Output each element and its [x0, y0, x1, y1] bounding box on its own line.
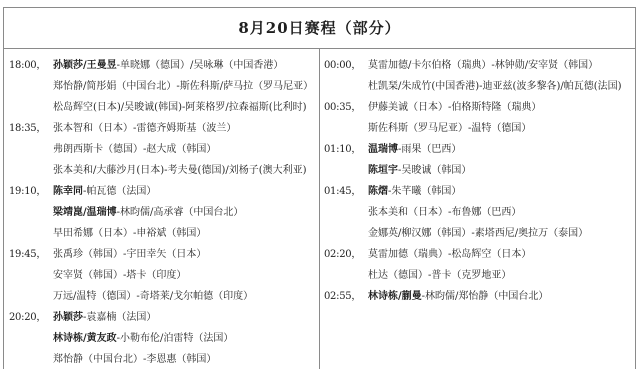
match-row: 18:35，张本智和（日本）-雷德齐姆斯基（波兰） — [9, 118, 319, 139]
match-row: 安宰贤（韩国）-塔卡（印度） — [9, 265, 319, 286]
match-row: 金娜英/柳汉娜（韩国）-素塔西尼/奥拉万（泰国） — [324, 223, 635, 244]
match-players: 莫雷加德（瑞典）-松岛辉空（日本） — [368, 249, 531, 260]
match-players: 安宰贤（韩国）-塔卡（印度） — [53, 270, 186, 281]
match-players: 松岛辉空(日本)/吴晙诚(韩国)-阿莱格罗/拉森福斯(比利时) — [53, 102, 307, 113]
match-players: -袁嘉楠（法国） — [83, 312, 156, 323]
match-players: -小勒布伦/泊雷特（法国） — [117, 333, 234, 344]
match-time: 02:20， — [324, 244, 368, 265]
match-time: 02:55， — [324, 286, 368, 307]
match-players: 张本美和/大藤沙月(日本)-考夫曼(德国)/刘杨子(澳大利亚) — [53, 165, 307, 176]
match-row: 杜达（德国）-普卡（克罗地亚） — [324, 265, 635, 286]
cn-player-name-bold: 陈垣宇 — [368, 165, 398, 176]
match-time: 18:00， — [9, 55, 53, 76]
match-row: 张本美和/大藤沙月(日本)-考夫曼(德国)/刘杨子(澳大利亚) — [9, 160, 319, 181]
match-row: 19:10，陈幸同-帕瓦德（法国） — [9, 181, 319, 202]
match-row: 02:20，莫雷加德（瑞典）-松岛辉空（日本） — [324, 244, 635, 265]
match-players: 万远/温特（德国）-奇塔莱/戈尔帕德（印度） — [53, 291, 253, 302]
match-time: 01:10， — [324, 139, 368, 160]
match-players: 郑怡静/简彤娟（中国台北）-斯佐科斯/萨马拉（罗马尼亚） — [53, 81, 313, 92]
match-players: 张本智和（日本）-雷德齐姆斯基（波兰） — [53, 123, 236, 134]
match-row: 00:00，莫雷加德/卡尔伯格（瑞典）-林钟勋/安宰贤（韩国） — [324, 55, 635, 76]
match-row: 00:35，伊藤美诚（日本）-伯格斯特隆（瑞典） — [324, 97, 635, 118]
schedule-column-left: 18:00，孙颖莎/王曼昱-单晓娜（德国）/吴咏琳（中国香港）郑怡静/简彤娟（中… — [4, 49, 319, 369]
cn-player-name-bold: 孙颖莎 — [53, 312, 83, 323]
match-time: 00:35， — [324, 97, 368, 118]
match-players: 杜凯琹/朱成竹(中国香港)-迪亚兹(波多黎各)/帕瓦德(法国) — [368, 81, 622, 92]
match-row: 杜凯琹/朱成竹(中国香港)-迪亚兹(波多黎各)/帕瓦德(法国) — [324, 76, 635, 97]
match-row: 19:45，张禹珍（韩国）-宇田幸矢（日本） — [9, 244, 319, 265]
match-row: 01:45，陈熠-朱芊曦（韩国） — [324, 181, 635, 202]
match-row: 郑怡静（中国台北）-李恩惠（韩国） — [9, 349, 319, 369]
match-row: 万远/温特（德国）-奇塔莱/戈尔帕德（印度） — [9, 286, 319, 307]
cn-player-name-bold: 陈幸同 — [53, 186, 83, 197]
match-players: -单晓娜（德国）/吴咏琳（中国香港） — [117, 60, 284, 71]
match-time: 20:20， — [9, 307, 53, 328]
schedule-column-right: 00:00，莫雷加德/卡尔伯格（瑞典）-林钟勋/安宰贤（韩国）杜凯琹/朱成竹(中… — [319, 49, 635, 369]
schedule-title: 8月20日赛程（部分） — [4, 8, 635, 49]
match-players: 莫雷加德/卡尔伯格（瑞典）-林钟勋/安宰贤（韩国） — [368, 60, 598, 71]
match-players: 斯佐科斯（罗马尼亚）-温特（德国） — [368, 123, 531, 134]
match-players: 张禹珍（韩国）-宇田幸矢（日本） — [53, 249, 206, 260]
match-row: 18:00，孙颖莎/王曼昱-单晓娜（德国）/吴咏琳（中国香港） — [9, 55, 319, 76]
match-players: -林昀儒/高承睿（中国台北） — [117, 207, 244, 218]
match-row: 张本美和（日本）-布鲁娜（巴西） — [324, 202, 635, 223]
match-players: -吴晙诚（韩国） — [398, 165, 471, 176]
match-row: 林诗栋/黄友政-小勒布伦/泊雷特（法国） — [9, 328, 319, 349]
match-row: 梁靖崑/温瑞博-林昀儒/高承睿（中国台北） — [9, 202, 319, 223]
cn-player-name-bold: 陈熠 — [368, 186, 388, 197]
match-row: 早田希娜（日本）-申裕斌（韩国） — [9, 223, 319, 244]
schedule-table: 8月20日赛程（部分） 18:00，孙颖莎/王曼昱-单晓娜（德国）/吴咏琳（中国… — [3, 7, 636, 369]
match-players: -林昀儒/郑怡静（中国台北） — [422, 291, 549, 302]
cn-player-name-bold: 林诗栋/蒯曼 — [368, 291, 422, 302]
match-players: 早田希娜（日本）-申裕斌（韩国） — [53, 228, 206, 239]
match-time: 00:00， — [324, 55, 368, 76]
cn-player-name-bold: 梁靖崑/温瑞博 — [53, 207, 117, 218]
match-players: 伊藤美诚（日本）-伯格斯特隆（瑞典） — [368, 102, 541, 113]
match-time: 01:45， — [324, 181, 368, 202]
match-row: 弗朗西斯卡（德国）-赵大成（韩国） — [9, 139, 319, 160]
match-row: 01:10，温瑞博-雨果（巴西） — [324, 139, 635, 160]
match-players: 弗朗西斯卡（德国）-赵大成（韩国） — [53, 144, 216, 155]
match-players: -帕瓦德（法国） — [83, 186, 156, 197]
match-row: 陈垣宇-吴晙诚（韩国） — [324, 160, 635, 181]
match-players: 杜达（德国）-普卡（克罗地亚） — [368, 270, 511, 281]
cn-player-name-bold: 孙颖莎/王曼昱 — [53, 60, 117, 71]
match-row: 02:55，林诗栋/蒯曼-林昀儒/郑怡静（中国台北） — [324, 286, 635, 307]
match-players: -雨果（巴西） — [398, 144, 461, 155]
cn-player-name-bold: 温瑞博 — [368, 144, 398, 155]
match-row: 松岛辉空(日本)/吴晙诚(韩国)-阿莱格罗/拉森福斯(比利时) — [9, 97, 319, 118]
cn-player-name-bold: 林诗栋/黄友政 — [53, 333, 117, 344]
match-time: 18:35， — [9, 118, 53, 139]
match-players: 郑怡静（中国台北）-李恩惠（韩国） — [53, 354, 216, 365]
match-time: 19:10， — [9, 181, 53, 202]
match-players: 张本美和（日本）-布鲁娜（巴西） — [368, 207, 521, 218]
match-row: 20:20，孙颖莎-袁嘉楠（法国） — [9, 307, 319, 328]
match-row: 斯佐科斯（罗马尼亚）-温特（德国） — [324, 118, 635, 139]
match-time: 19:45， — [9, 244, 53, 265]
match-players: 金娜英/柳汉娜（韩国）-素塔西尼/奥拉万（泰国） — [368, 228, 588, 239]
schedule-body: 18:00，孙颖莎/王曼昱-单晓娜（德国）/吴咏琳（中国香港）郑怡静/简彤娟（中… — [4, 49, 635, 369]
match-row: 郑怡静/简彤娟（中国台北）-斯佐科斯/萨马拉（罗马尼亚） — [9, 76, 319, 97]
match-players: -朱芊曦（韩国） — [388, 186, 461, 197]
